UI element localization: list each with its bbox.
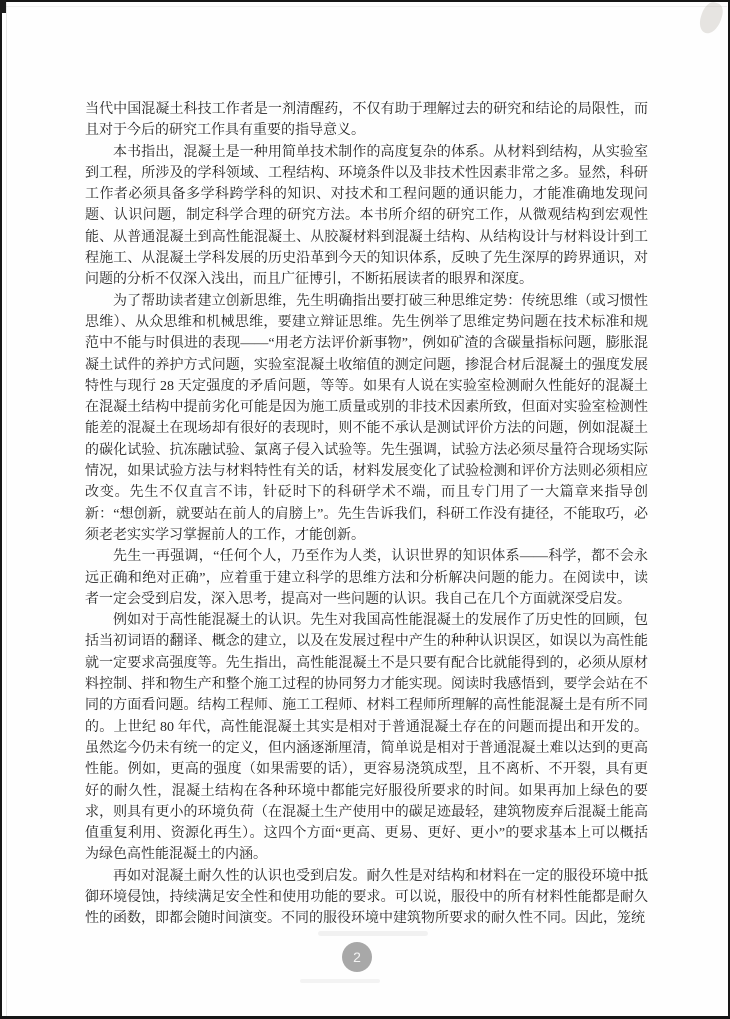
scan-artifact-topleft	[0, 0, 6, 13]
scan-edge-left	[0, 0, 2, 1019]
page-body: 当代中国混凝土科技工作者是一剂清醒药，不仅有助于理解过去的研究和结论的局限性，而…	[85, 99, 648, 930]
paragraph: 当代中国混凝土科技工作者是一剂清醒药，不仅有助于理解过去的研究和结论的局限性，而…	[85, 99, 648, 142]
page-number-badge: 2	[342, 942, 372, 972]
page-boundary-line-top	[2, 6, 727, 7]
paragraph: 再如对混凝土耐久性的认识也受到启发。耐久性是对结构和材料在一定的服役环境中抵御环…	[85, 866, 648, 930]
scan-edge-top	[0, 0, 730, 2]
paragraph: 为了帮助读者建立创新思维，先生明确指出要打破三种思维定势：传统思维（或习惯性思维…	[85, 291, 648, 547]
paragraph: 先生一再强调，“任何个人，乃至作为人类，认识世界的知识体系——科学，都不会永远正…	[85, 546, 648, 610]
scan-artifact-above-badge	[318, 931, 428, 936]
page-boundary-line-left	[6, 2, 7, 1016]
scan-artifact-below-badge	[300, 979, 380, 983]
paragraph: 例如对于高性能混凝土的认识。先生对我国高性能混凝土的发展作了历史性的回顾，包括当…	[85, 610, 648, 866]
page-number: 2	[353, 949, 361, 965]
scanned-book-page: 当代中国混凝土科技工作者是一剂清醒药，不仅有助于理解过去的研究和结论的局限性，而…	[0, 0, 730, 1019]
paragraph: 本书指出，混凝土是一种用简单技术制作的高度复杂的体系。从材料到结构，从实验室到工…	[85, 142, 648, 291]
